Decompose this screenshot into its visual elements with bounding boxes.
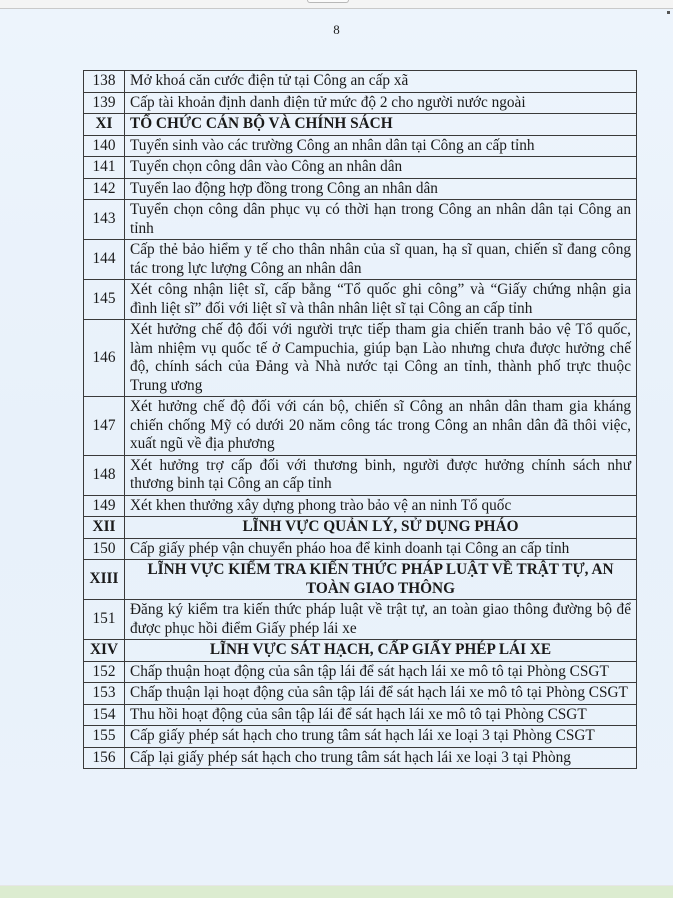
table-row: 155Cấp giấy phép sát hạch cho trung tâm … — [84, 726, 637, 748]
procedure-name: Cấp giấy phép sát hạch cho trung tâm sát… — [125, 726, 637, 748]
procedure-name: Xét hưởng chế độ đối với cán bộ, chiến s… — [125, 397, 637, 456]
procedure-name: Tuyển lao động hợp đồng trong Công an nh… — [125, 178, 637, 200]
row-number: 153 — [84, 683, 125, 705]
row-number: 140 — [84, 135, 125, 157]
row-number: 139 — [84, 92, 125, 114]
section-number: XIII — [84, 560, 125, 600]
table-row: 145Xét công nhận liệt sĩ, cấp bằng “Tổ q… — [84, 280, 637, 320]
table-row: 139Cấp tài khoản định danh điện tử mức đ… — [84, 92, 637, 114]
row-number: 155 — [84, 726, 125, 748]
procedure-name: Xét khen thưởng xây dựng phong trào bảo … — [125, 495, 637, 517]
section-title: TỔ CHỨC CÁN BỘ VÀ CHÍNH SÁCH — [125, 114, 637, 136]
procedure-name: Chấp thuận lại hoạt động của sân tập lái… — [125, 683, 637, 705]
row-number: 144 — [84, 240, 125, 280]
section-title: LĨNH VỰC SÁT HẠCH, CẤP GIẤY PHÉP LÁI XE — [125, 640, 637, 662]
procedure-name: Cấp tài khoản định danh điện tử mức độ 2… — [125, 92, 637, 114]
viewer-top-bar — [0, 0, 673, 9]
procedure-name: Tuyển chọn công dân vào Công an nhân dân — [125, 157, 637, 179]
row-number: 143 — [84, 200, 125, 240]
viewer-bottom-bar — [0, 885, 673, 898]
row-number: 150 — [84, 538, 125, 560]
table-row: 143Tuyển chọn công dân phục vụ có thời h… — [84, 200, 637, 240]
procedure-name: Cấp giấy phép vận chuyển pháo hoa để kin… — [125, 538, 637, 560]
section-title: LĨNH VỰC QUẢN LÝ, SỬ DỤNG PHÁO — [125, 517, 637, 539]
section-number: XIV — [84, 640, 125, 662]
section-header-row: XIVLĨNH VỰC SÁT HẠCH, CẤP GIẤY PHÉP LÁI … — [84, 640, 637, 662]
table-row: 151Đăng ký kiểm tra kiến thức pháp luật … — [84, 600, 637, 640]
procedure-name: Xét công nhận liệt sĩ, cấp bằng “Tổ quốc… — [125, 280, 637, 320]
section-title: LĨNH VỰC KIỂM TRA KIẾN THỨC PHÁP LUẬT VỀ… — [125, 560, 637, 600]
row-number: 156 — [84, 747, 125, 769]
scan-mark — [667, 11, 670, 14]
section-header-row: XIILĨNH VỰC QUẢN LÝ, SỬ DỤNG PHÁO — [84, 517, 637, 539]
row-number: 151 — [84, 600, 125, 640]
procedure-name: Cấp thẻ bảo hiểm y tế cho thân nhân của … — [125, 240, 637, 280]
section-header-row: XITỔ CHỨC CÁN BỘ VÀ CHÍNH SÁCH — [84, 114, 637, 136]
table-row: 150Cấp giấy phép vận chuyển pháo hoa để … — [84, 538, 637, 560]
row-number: 145 — [84, 280, 125, 320]
toolbar-handle[interactable] — [307, 0, 349, 3]
row-number: 147 — [84, 397, 125, 456]
row-number: 141 — [84, 157, 125, 179]
procedure-name: Tuyển chọn công dân phục vụ có thời hạn … — [125, 200, 637, 240]
procedure-name: Tuyển sinh vào các trường Công an nhân d… — [125, 135, 637, 157]
table-row: 154Thu hồi hoạt động của sân tập lái để … — [84, 704, 637, 726]
section-number: XI — [84, 114, 125, 136]
table-row: 152Chấp thuận hoạt động của sân tập lái … — [84, 661, 637, 683]
table-row: 149Xét khen thưởng xây dựng phong trào b… — [84, 495, 637, 517]
table-row: 138Mở khoá căn cước điện tử tại Công an … — [84, 71, 637, 93]
row-number: 152 — [84, 661, 125, 683]
table-row: 141Tuyển chọn công dân vào Công an nhân … — [84, 157, 637, 179]
procedure-name: Mở khoá căn cước điện tử tại Công an cấp… — [125, 71, 637, 93]
procedures-table: 138Mở khoá căn cước điện tử tại Công an … — [83, 70, 637, 769]
procedure-name: Xét hưởng trợ cấp đối với thương binh, n… — [125, 455, 637, 495]
row-number: 149 — [84, 495, 125, 517]
row-number: 148 — [84, 455, 125, 495]
section-header-row: XIIILĨNH VỰC KIỂM TRA KIẾN THỨC PHÁP LUẬ… — [84, 560, 637, 600]
row-number: 146 — [84, 320, 125, 397]
procedure-name: Xét hưởng chế độ đối với người trực tiếp… — [125, 320, 637, 397]
table-row: 146Xét hưởng chế độ đối với người trực t… — [84, 320, 637, 397]
table-row: 153Chấp thuận lại hoạt động của sân tập … — [84, 683, 637, 705]
procedure-name: Cấp lại giấy phép sát hạch cho trung tâm… — [125, 747, 637, 769]
table-row: 147Xét hưởng chế độ đối với cán bộ, chiế… — [84, 397, 637, 456]
table-row: 142Tuyển lao động hợp đồng trong Công an… — [84, 178, 637, 200]
table-row: 144Cấp thẻ bảo hiểm y tế cho thân nhân c… — [84, 240, 637, 280]
procedure-name: Đăng ký kiểm tra kiến thức pháp luật về … — [125, 600, 637, 640]
row-number: 154 — [84, 704, 125, 726]
table-row: 148Xét hưởng trợ cấp đối với thương binh… — [84, 455, 637, 495]
section-number: XII — [84, 517, 125, 539]
page-number: 8 — [0, 22, 673, 38]
procedure-name: Chấp thuận hoạt động của sân tập lái để … — [125, 661, 637, 683]
row-number: 142 — [84, 178, 125, 200]
table-row: 140Tuyển sinh vào các trường Công an nhâ… — [84, 135, 637, 157]
row-number: 138 — [84, 71, 125, 93]
table-row: 156Cấp lại giấy phép sát hạch cho trung … — [84, 747, 637, 769]
procedure-name: Thu hồi hoạt động của sân tập lái để sát… — [125, 704, 637, 726]
